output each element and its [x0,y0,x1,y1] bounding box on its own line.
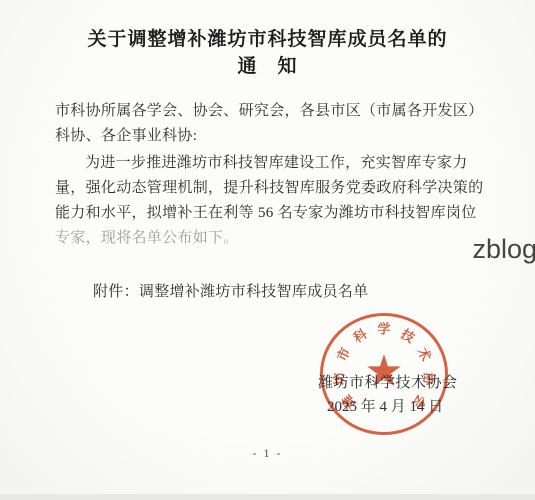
seal-arc-char: 学 [377,319,390,338]
seal-arc-char: 科 [349,323,370,346]
body-line-faded: 专家，现将名单公布如下。 [55,226,239,247]
zblog-watermark: zblog [472,234,535,265]
salutation-line: 市科协所属各学会、协会、研究会，各县市区（市属各开发区） [55,99,483,120]
page-number: - 1 - [0,446,535,461]
seal-arc-char: 术 [414,344,437,364]
signature-org: 潍坊市科学技术协会 [318,371,458,392]
body-line: 量，强化动态管理机制，提升科技智库服务党委政府科学决策的 [55,176,483,197]
scanned-notice-document: 关于调整增补潍坊市科技智库成员名单的 通 知 市科协所属各学会、协会、研究会，各… [0,0,535,500]
seal-arc-char: 市 [331,344,354,364]
notice-title-line2: 通 知 [0,51,535,78]
seal-arc-char: 技 [398,323,419,346]
attachment-line: 附件：调整增补潍坊市科技智库成员名单 [93,280,368,301]
signature-date: 2025 年 4 月 14 日 [327,395,443,416]
body-line: 能力和水平，拟增补王在利等 56 名专家为潍坊市科技智库岗位 [55,201,477,222]
notice-title-line1: 关于调整增补潍坊市科技智库成员名单的 [0,24,535,51]
body-line: 为进一步推进潍坊市科技智库建设工作，充实智库专家力 [85,151,468,172]
salutation-line: 科协、各企事业科协: [55,124,197,145]
photo-bottom-edge [0,494,535,500]
